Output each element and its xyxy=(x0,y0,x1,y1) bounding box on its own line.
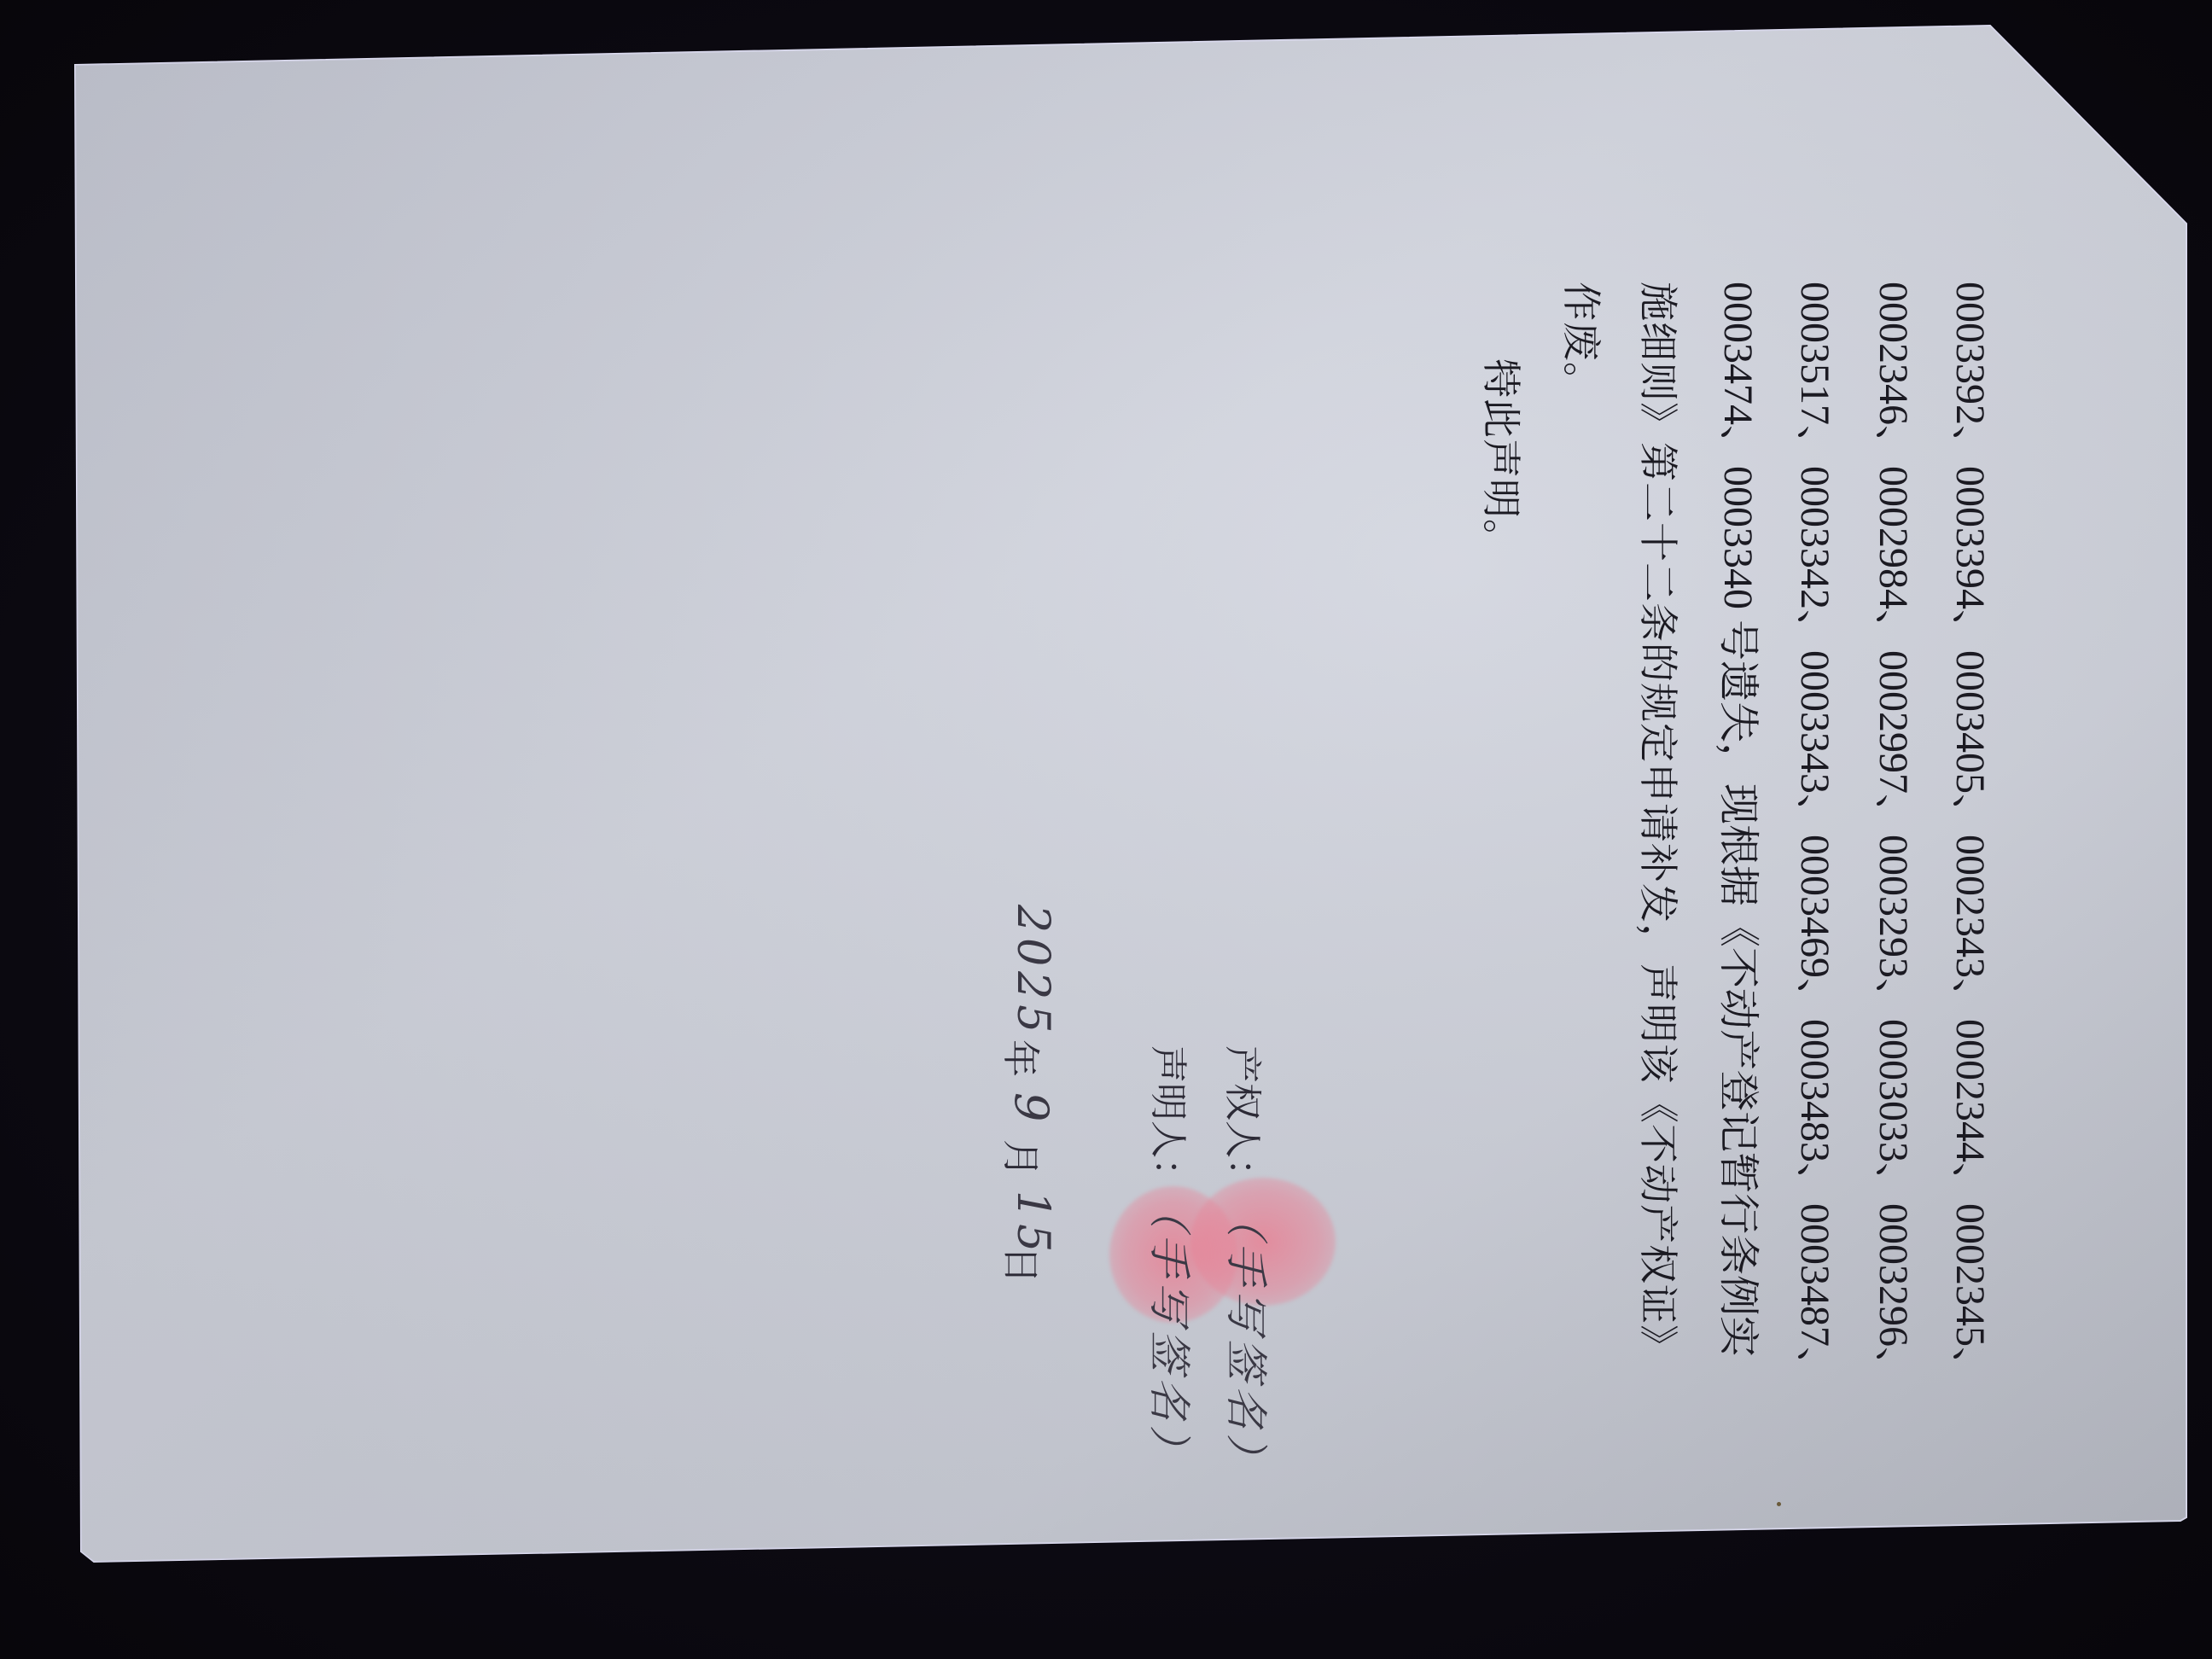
date-month: 9 xyxy=(1004,1092,1058,1126)
date-month-unit: 月 xyxy=(997,1139,1051,1177)
document-body: 0003392、0003394、0003405、0002343、0002344、… xyxy=(0,0,2212,1659)
declarant-label: 声明人： xyxy=(1144,1045,1199,1196)
date-year: 2025 xyxy=(1007,905,1058,1038)
date-year-unit: 年 xyxy=(997,1039,1051,1077)
body-line-3: 0003517、0003342、0003343、0003469、0003483、… xyxy=(1794,282,1835,1388)
body-line-1: 0003392、0003394、0003405、0002343、0002344、… xyxy=(1949,282,1990,1388)
declarant-signature: （手写签名） xyxy=(1142,1186,1203,1473)
date-day-unit: 日 xyxy=(997,1246,1051,1284)
body-line-5: 施细则》第二十二条的规定申请补发，声明该《不动产权证》 xyxy=(1639,282,1678,1365)
body-line-4: 0003474、0003340 号遗失，现根据《不动产登记暂行条例实 xyxy=(1717,282,1758,1357)
paper-speck xyxy=(1777,1502,1781,1506)
owner-label: 产权人： xyxy=(1219,1045,1273,1196)
closing-statement: 特此声明。 xyxy=(1481,358,1521,559)
body-line-2: 0002346、0002984、0002997、0003293、0003033、… xyxy=(1872,282,1913,1388)
owner-signature: （手写签名） xyxy=(1219,1195,1280,1481)
body-line-6: 作废。 xyxy=(1562,282,1601,402)
